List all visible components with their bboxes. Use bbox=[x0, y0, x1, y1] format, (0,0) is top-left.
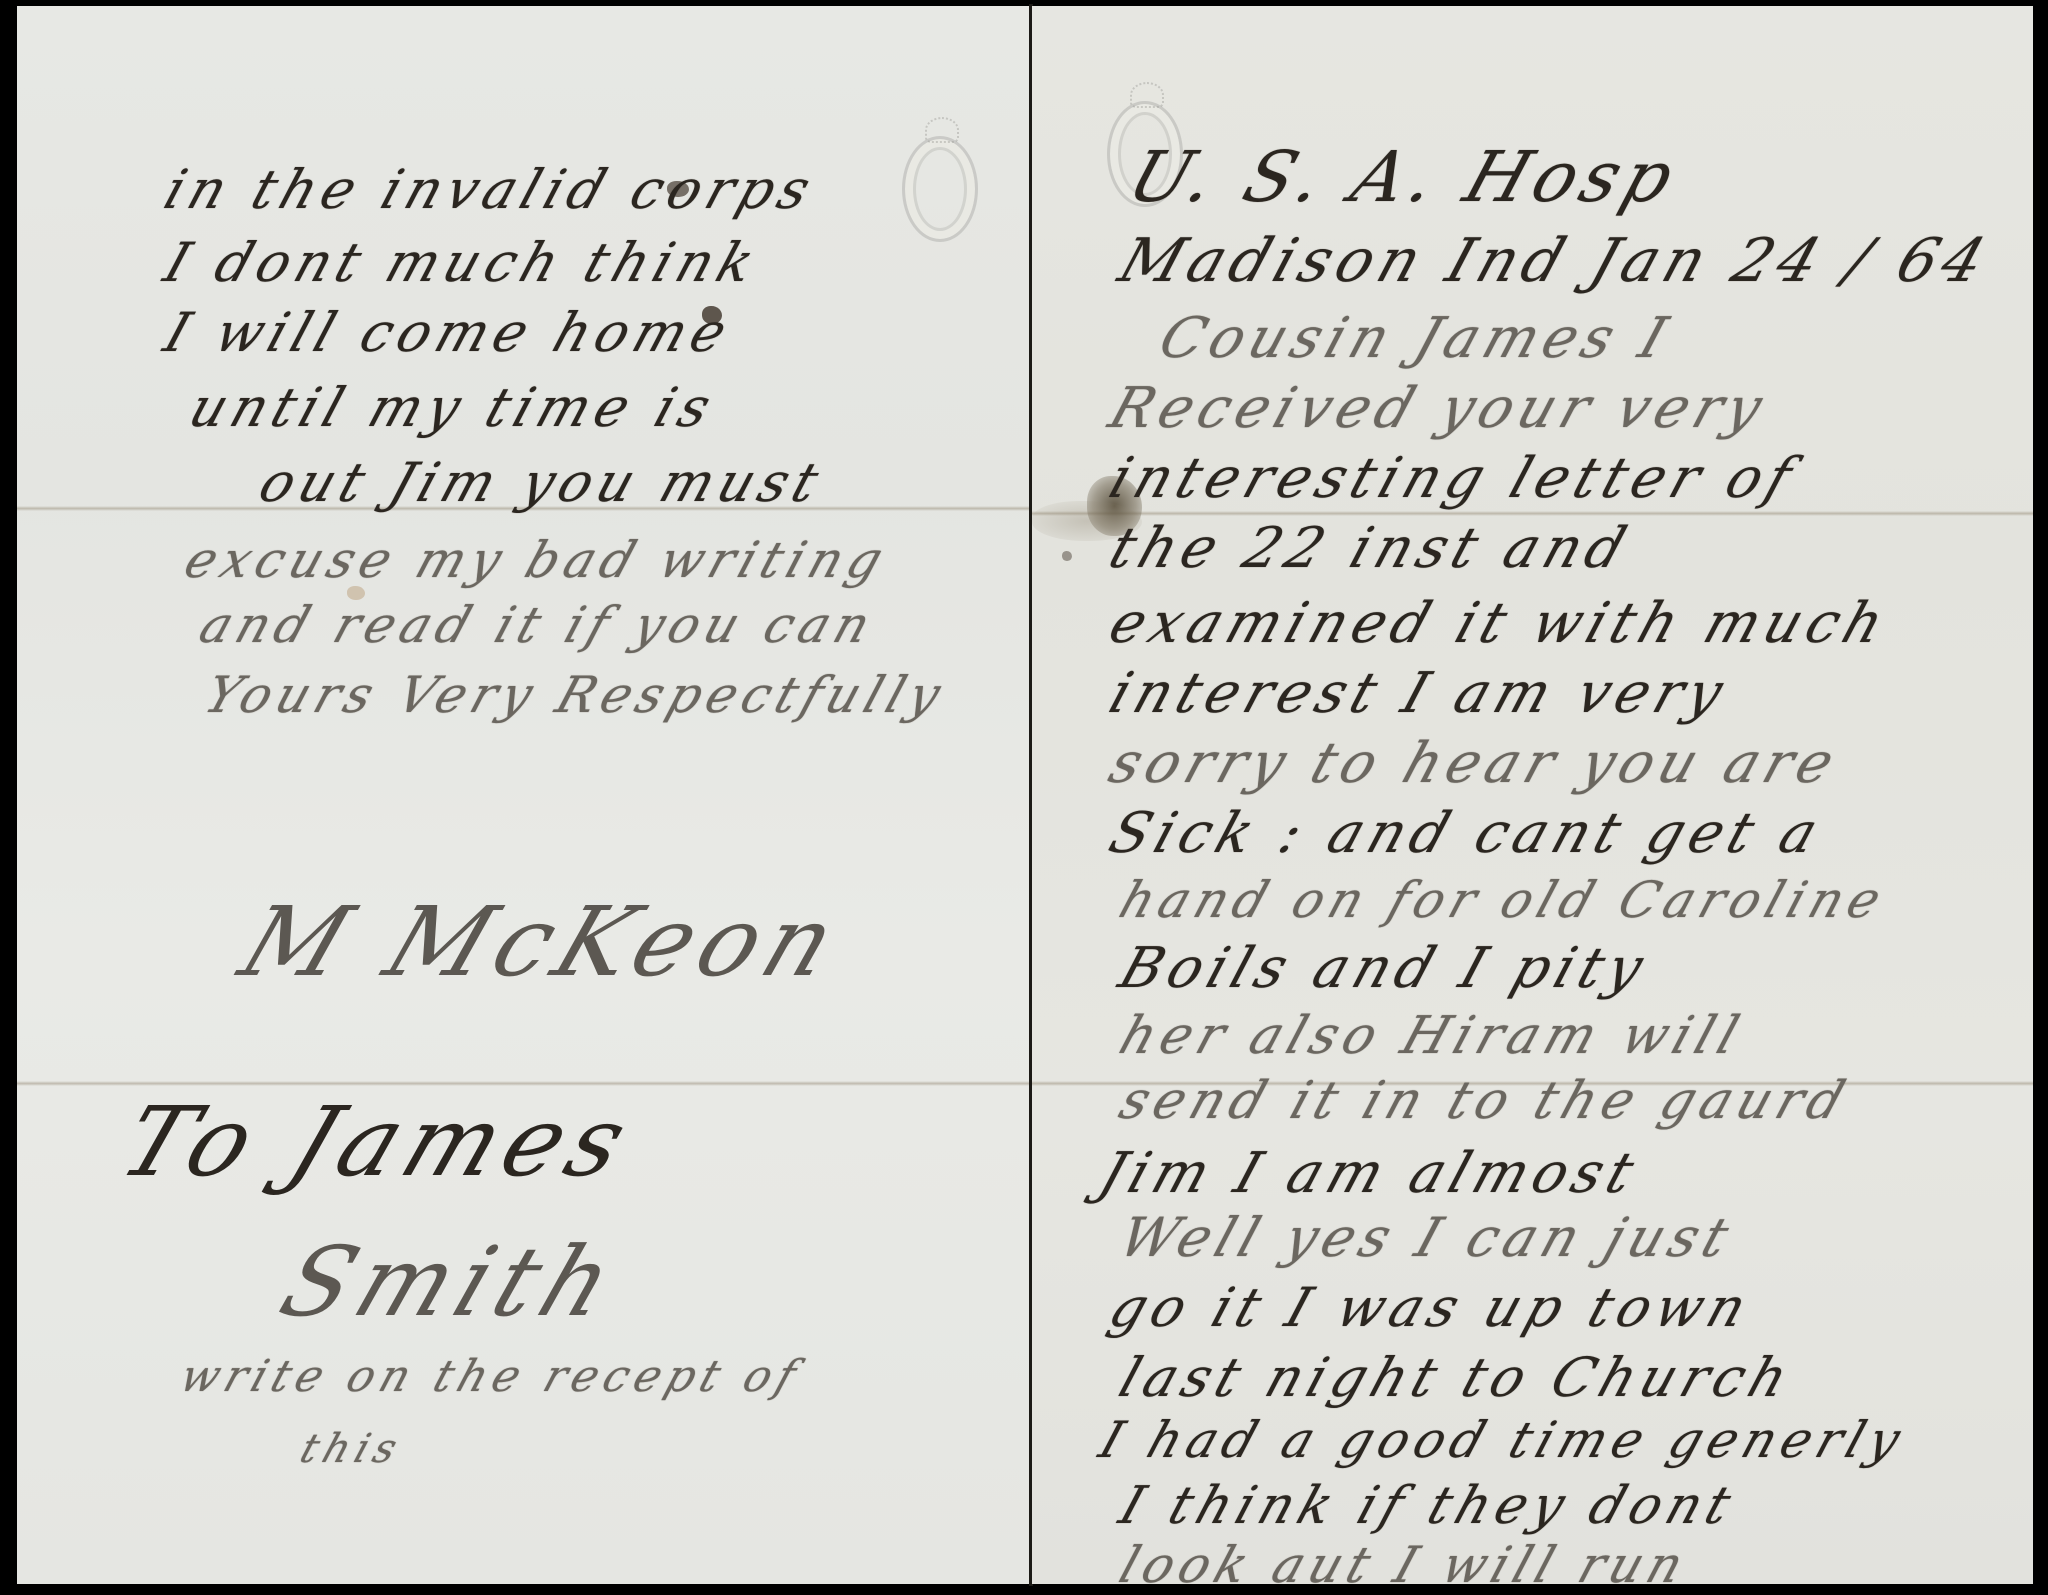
letter-line: sorry to hear you are bbox=[1101, 731, 1847, 796]
letter-line: examined it with much bbox=[1101, 591, 1897, 656]
letter-line: send it in to the gaurd bbox=[1112, 1071, 1857, 1131]
letter-line: excuse my bad writing bbox=[178, 531, 896, 589]
letter-line: her also Hiram will bbox=[1112, 1006, 1751, 1066]
letter-line: last night to Church bbox=[1112, 1346, 1802, 1409]
letter-line: I dont much think bbox=[157, 231, 768, 294]
closing-line: Yours Very Respectfully bbox=[198, 666, 954, 724]
letter-line: interest I am very bbox=[1101, 661, 1736, 726]
postscript-line: this bbox=[295, 1426, 409, 1472]
letter-line: interesting letter of bbox=[1101, 446, 1805, 511]
letter-line: Cousin James I bbox=[1151, 306, 1680, 371]
letter-line: I will come home bbox=[157, 301, 741, 364]
postscript-line: write on the recept of bbox=[174, 1351, 808, 1402]
embossed-seal-icon bbox=[902, 136, 978, 242]
letter-line: until my time is bbox=[182, 376, 725, 439]
letter-line: and read it if you can bbox=[193, 596, 884, 654]
letter-line: I think if they dont bbox=[1112, 1476, 1744, 1536]
foxing-spot bbox=[1062, 551, 1072, 561]
letter-line: go it I was up town bbox=[1102, 1276, 1760, 1339]
letter-line: Sick : and cant get a bbox=[1101, 801, 1831, 866]
letter-line: Received your very bbox=[1101, 376, 1775, 441]
letter-line: Well yes I can just bbox=[1112, 1206, 1742, 1269]
letter-line: I had a good time generly bbox=[1093, 1411, 1914, 1469]
right-page: U. S. A. Hosp Madison Ind Jan 24 / 64 Co… bbox=[1032, 6, 2033, 1584]
place-date-line: Madison Ind Jan 24 / 64 bbox=[1111, 226, 2000, 296]
address-recipient-last: Smith bbox=[267, 1226, 636, 1338]
left-page: in the invalid corps I dont much think I… bbox=[17, 6, 1030, 1584]
letter-line: Jim I am almost bbox=[1091, 1141, 1647, 1206]
signature: M McKeon bbox=[227, 886, 858, 998]
address-recipient-first: To James bbox=[107, 1086, 649, 1198]
letter-heading: U. S. A. Hosp bbox=[1119, 136, 1690, 218]
letter-line: look aut I will run bbox=[1113, 1536, 1697, 1584]
letter-line: hand on for old Caroline bbox=[1113, 871, 1894, 929]
letter-line: out Jim you must bbox=[252, 451, 832, 514]
letter-line: the 22 inst and bbox=[1101, 516, 1639, 581]
letter-line: in the invalid corps bbox=[157, 158, 824, 221]
letter-line: Boils and I pity bbox=[1111, 936, 1656, 1001]
